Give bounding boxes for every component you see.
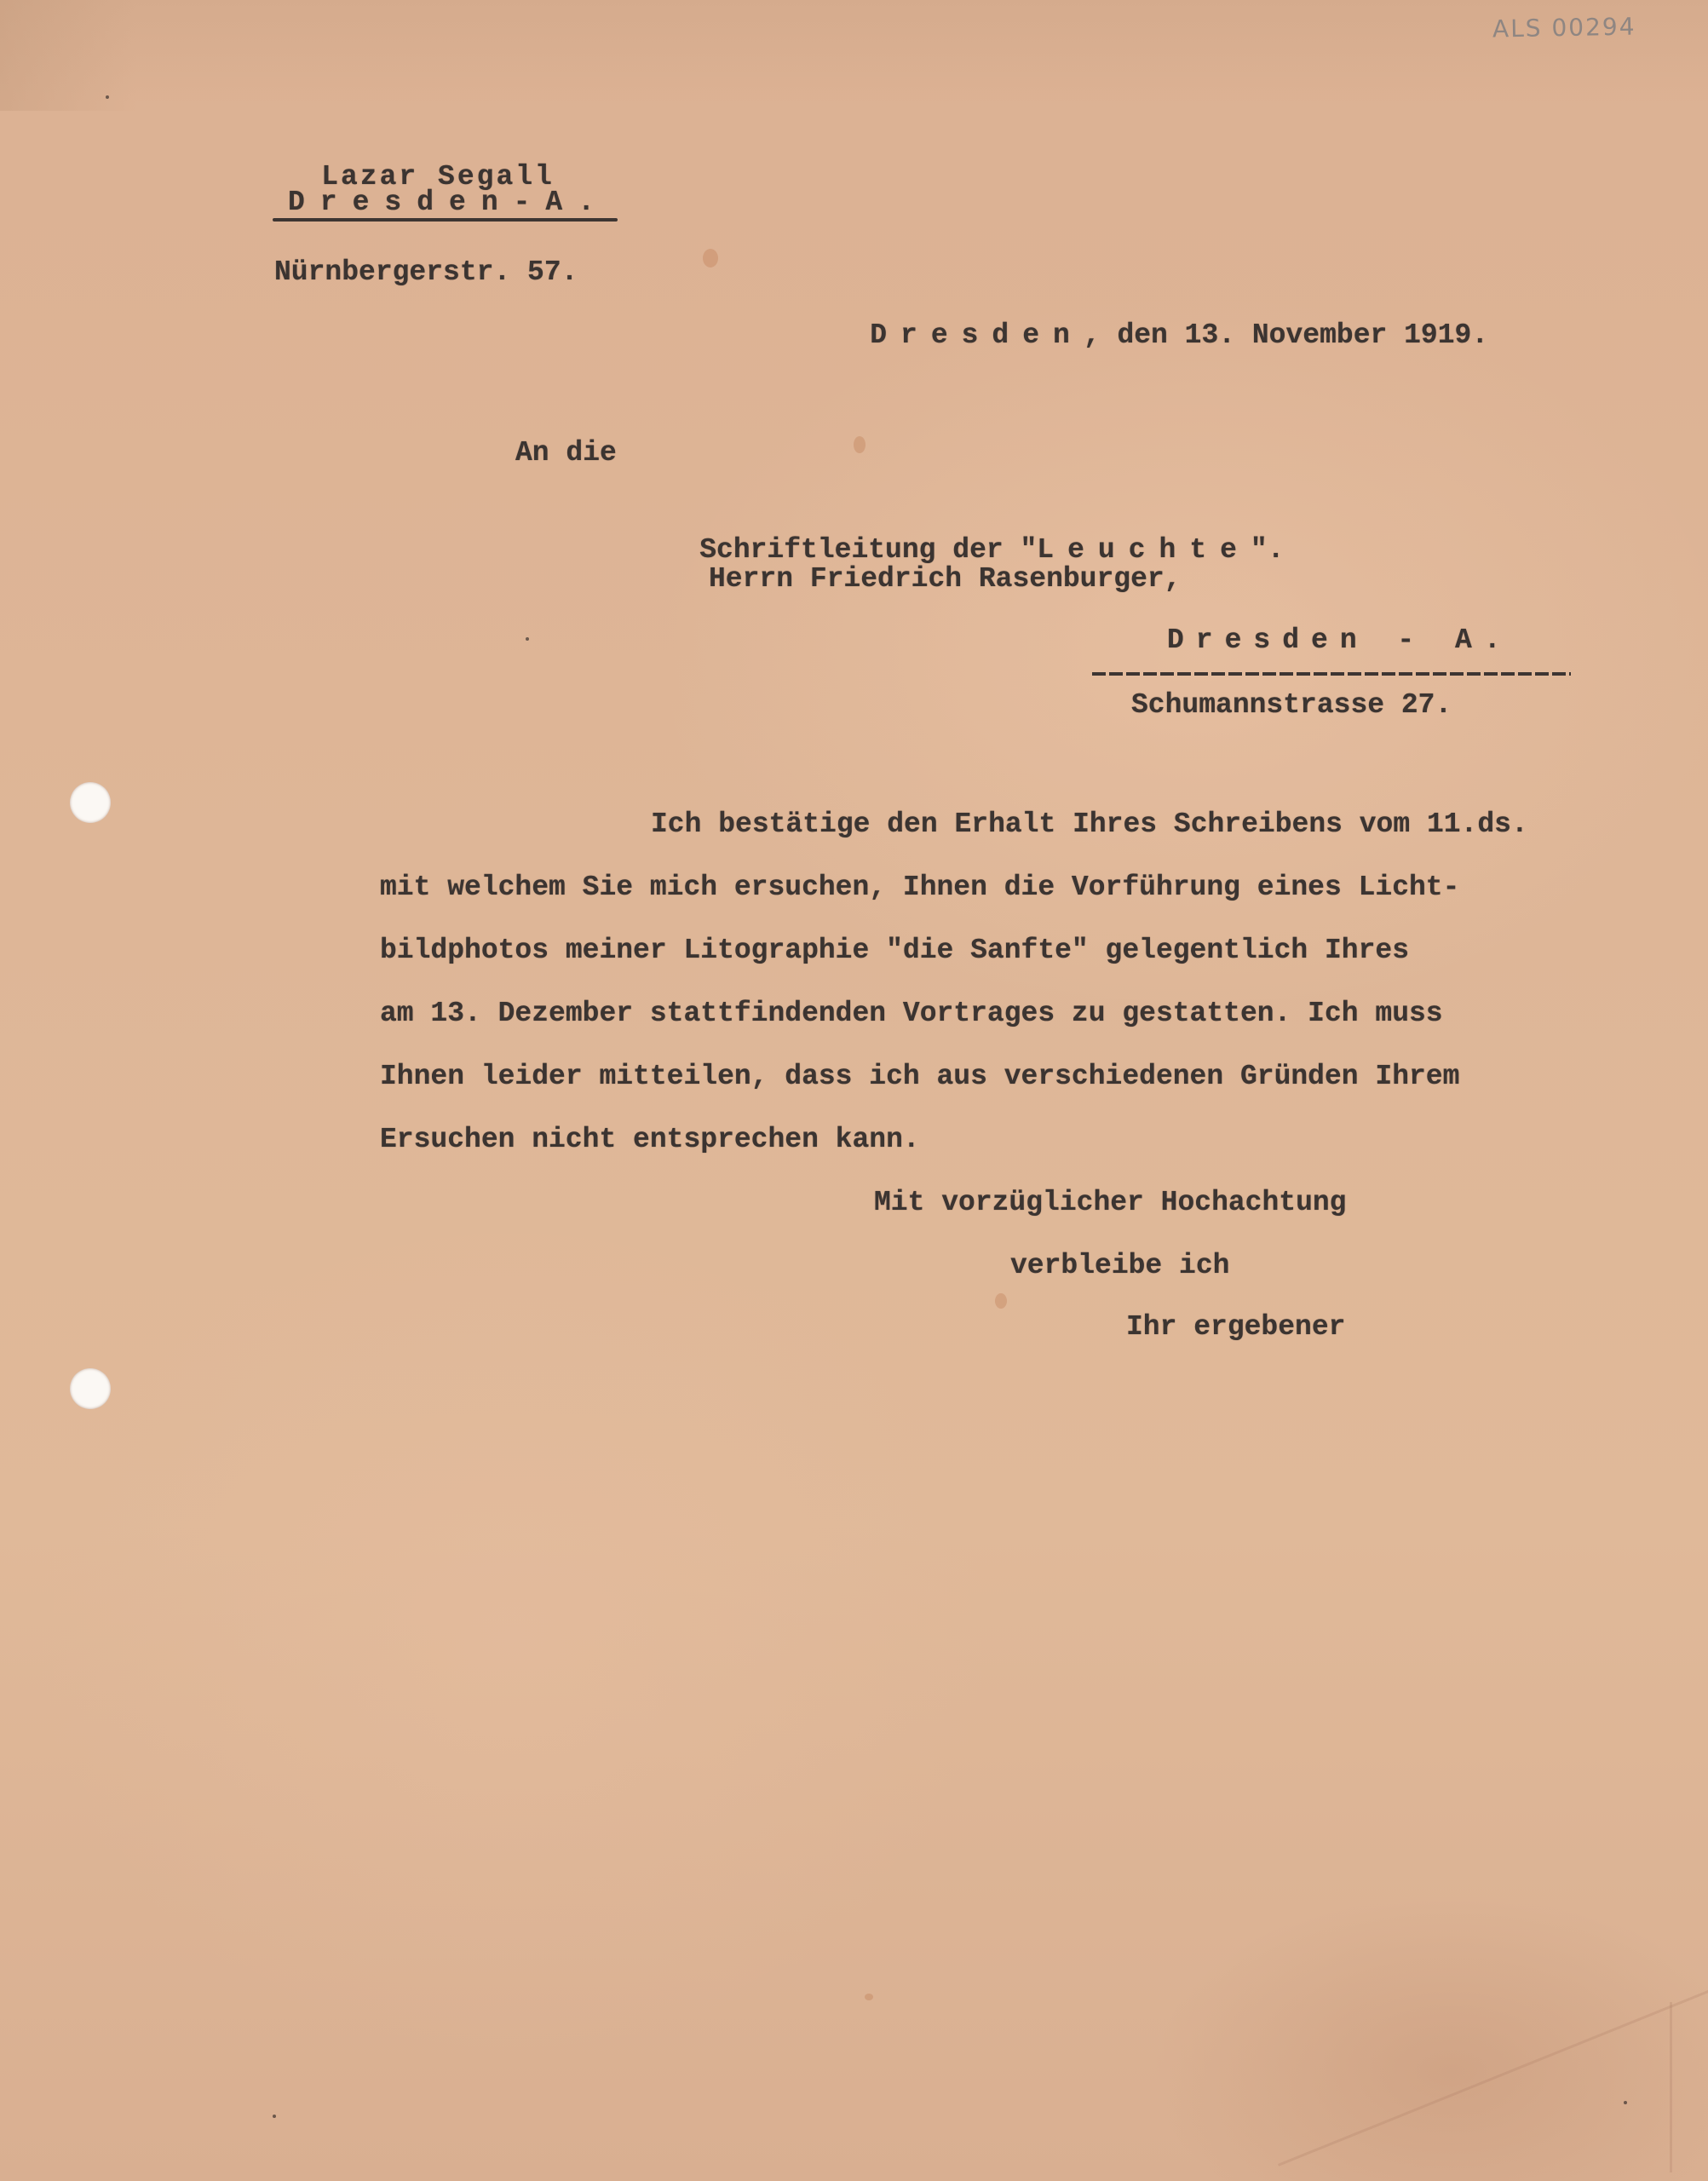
paper-crease bbox=[1670, 2002, 1672, 2172]
sender-city: Dresden-A. bbox=[288, 186, 610, 220]
recipient-organization-name: Leuchte bbox=[1037, 534, 1251, 566]
paper-stain bbox=[703, 249, 718, 268]
recipient-organization-prefix: Schriftleitung der " bbox=[699, 534, 1037, 566]
recipient-organization-suffix: ". bbox=[1251, 534, 1285, 566]
dateline: Dresden, den 13. November 1919. bbox=[802, 285, 1488, 387]
closing-line: Mit vorzüglicher Hochachtung bbox=[874, 1186, 1347, 1220]
recipient-salutation-prefix: An die bbox=[515, 436, 617, 470]
paper-top-fold bbox=[0, 0, 1708, 102]
recipient-person: Herrn Friedrich Rasenburger, bbox=[709, 562, 1182, 596]
sender-city-underline bbox=[273, 218, 618, 222]
recipient-city-underline bbox=[1092, 672, 1571, 676]
archive-number: ALS 00294 bbox=[1492, 13, 1636, 43]
paper-crease bbox=[1278, 1972, 1708, 2167]
body-line: am 13. Dezember stattfindenden Vortrages… bbox=[380, 997, 1443, 1031]
punch-hole-bottom bbox=[70, 1368, 111, 1409]
paper-corner-fold bbox=[0, 0, 136, 111]
paper-stain bbox=[995, 1293, 1007, 1309]
body-line: Ich bestätige den Erhalt Ihres Schreiben… bbox=[651, 808, 1528, 842]
closing-line: Ihr ergebener bbox=[1126, 1310, 1345, 1344]
dateline-date: , den 13. November 1919. bbox=[1084, 319, 1488, 351]
paper-stain bbox=[865, 1994, 873, 2000]
paper-speck bbox=[106, 95, 109, 99]
paper-stain bbox=[854, 436, 866, 453]
body-line: bildphotos meiner Litographie "die Sanft… bbox=[380, 934, 1409, 968]
paper-speck bbox=[526, 637, 529, 641]
body-line: Ersuchen nicht entsprechen kann. bbox=[380, 1123, 920, 1157]
body-line: mit welchem Sie mich ersuchen, Ihnen die… bbox=[380, 871, 1459, 905]
dateline-place: Dresden bbox=[870, 319, 1084, 351]
recipient-city: Dresden - A. bbox=[1167, 624, 1513, 658]
letter-page: ALS 00294 Lazar Segall Dresden-A. Nürnbe… bbox=[0, 0, 1708, 2181]
body-line: Ihnen leider mitteilen, dass ich aus ver… bbox=[380, 1060, 1459, 1094]
closing-line: verbleibe ich bbox=[1010, 1249, 1229, 1283]
recipient-street: Schumannstrasse 27. bbox=[1131, 688, 1452, 722]
paper-speck bbox=[273, 2115, 276, 2118]
sender-street: Nürnbergerstr. 57. bbox=[274, 256, 578, 290]
paper-speck bbox=[1624, 2101, 1627, 2104]
punch-hole-top bbox=[70, 782, 111, 823]
